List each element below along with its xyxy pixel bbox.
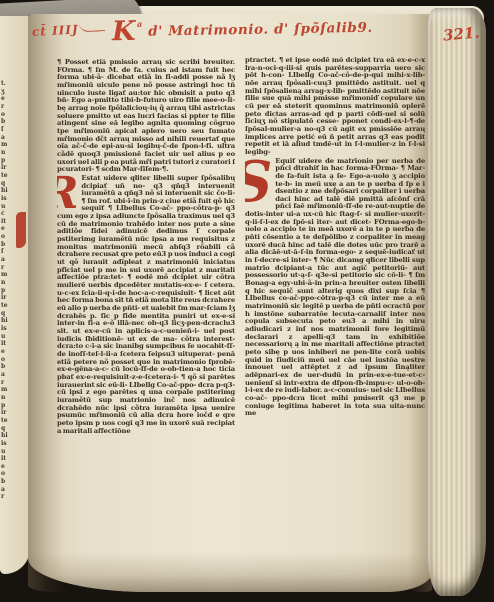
book-fore-edge	[428, 8, 486, 596]
running-head-title: Ka d' Matrimonio. d' ſpõſalib9.	[112, 15, 373, 43]
paragraph-text: Estat uidere qłiter libelli super ſpõsal…	[57, 174, 235, 435]
pen-flourish	[78, 21, 104, 32]
page-number: 321.	[442, 23, 480, 44]
paragraph-text: ¶ Posset etiã pmissio arraų sic scribi b…	[57, 59, 235, 173]
drop-cap-R: R	[57, 177, 78, 211]
cut-off-text-fragments: t. ʒ e r o b ſ a m n p ir te q hi is u ċ…	[1, 80, 12, 500]
paragraph: SEquiť uidere de matrīonio per uerba de …	[245, 158, 425, 418]
text-column-left: ¶ Posset etiã pmissio arraų sic scribi b…	[57, 59, 235, 496]
paragraph-text: ptractet. ¶ et ipse eodē mõ dcipiet tra …	[245, 57, 425, 156]
paragraph: ¶ Posset etiã pmissio arraų sic scribi b…	[57, 59, 235, 174]
text-column-right: ptractet. ¶ et ipse eodē mõ dcipiet tra …	[245, 57, 425, 497]
paragraph: REstat uidere qłiter libelli super ſpõsa…	[57, 175, 235, 435]
running-head-initial: K	[112, 16, 137, 47]
red-initial-fragment	[16, 212, 26, 248]
drop-cap-S: S	[245, 160, 272, 204]
paragraph: ptractet. ¶ et ipse eodē mõ dcipiet tra …	[245, 57, 425, 157]
bottom-curl-shadow	[28, 552, 432, 592]
book-scan: t. ʒ e r o b ſ a m n p ir te q hi is u ċ…	[0, 0, 494, 602]
running-head-left-text: ct̄ IIIJ	[32, 22, 79, 38]
running-head-title-text: d' Matrimonio. d' ſpõſalib9.	[143, 20, 373, 40]
previous-leaf-sliver: t. ʒ e r o b ſ a m n p ir te q hi is u ċ…	[0, 16, 30, 574]
